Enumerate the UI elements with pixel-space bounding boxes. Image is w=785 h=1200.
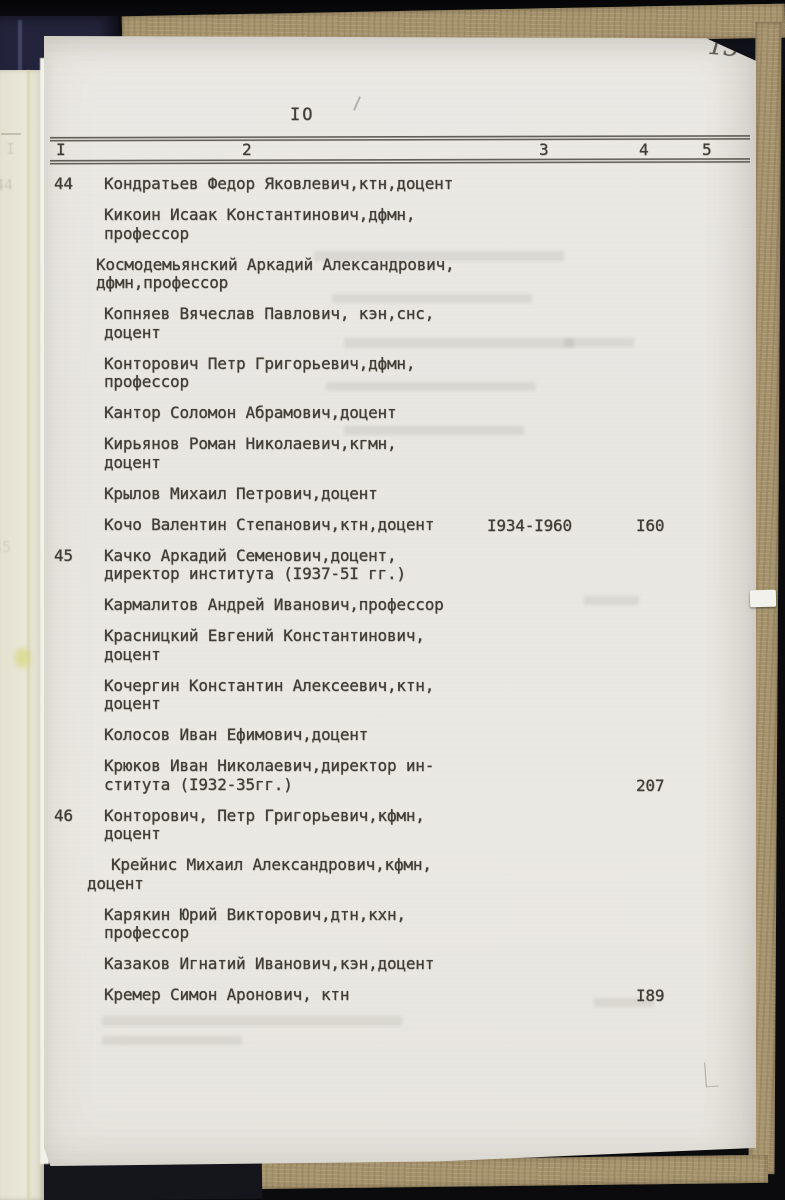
stray-pen-mark xyxy=(353,96,361,111)
showthrough-rule xyxy=(1,133,21,135)
bleed-through-smudge xyxy=(326,382,536,391)
person-line: Кирьянов Роман Николаевич,кгмн, xyxy=(104,435,749,454)
person-line: Крюков Иван Николаевич,директор ин- xyxy=(104,757,749,776)
person-item: Кирьянов Роман Николаевич,кгмн,доцент xyxy=(104,435,749,472)
entry: 44Кондратьев Федор Яковлевич,ктн,доцентК… xyxy=(54,175,749,534)
person-item: Кантор Соломон Абрамович,доцент xyxy=(104,404,749,423)
person-item: Кочо Валентин Степанович,ктн,доцентI934-… xyxy=(104,516,749,535)
bleed-through-smudge xyxy=(314,251,564,261)
person-item: Космодемьянский Аркадий Александрович,дф… xyxy=(104,256,749,293)
entry-items: Конторович, Петр Григорьевич,кфмн,доцент… xyxy=(104,807,749,1005)
person-item: Копняев Вячеслав Павлович, кэн,снс,доцен… xyxy=(104,305,749,342)
person-item: Кочергин Константин Алексеевич,ктн,доцен… xyxy=(104,677,749,714)
person-line: Конторович Петр Григорьевич,дфмн, xyxy=(104,355,749,374)
column-header: 3 xyxy=(539,141,548,160)
person-item: Крюков Иван Николаевич,директор ин-ститу… xyxy=(104,757,749,794)
person-item: Крылов Михаил Петрович,доцент xyxy=(104,485,749,504)
person-line: директор института (I937-5I гг.) xyxy=(104,565,749,584)
dates-value: I934-I960 xyxy=(487,517,572,536)
entry: 45Качко Аркадий Семенович,доцент,директо… xyxy=(54,547,749,795)
person-line: доцент xyxy=(104,695,749,714)
archival-scan-viewport: { "page": { "folio_handwritten": "13", "… xyxy=(0,0,785,1200)
person-line: профессор xyxy=(104,924,749,943)
entry-number: 45 xyxy=(54,547,73,566)
person-line: Кочергин Константин Алексеевич,ктн, xyxy=(104,677,749,696)
person-item: Качко Аркадий Семенович,доцент,директор … xyxy=(104,547,749,584)
person-item: Кармалитов Андрей Иванович,профессор xyxy=(104,596,749,615)
person-item: Карякин Юрий Викторович,дтн,кхн,профессо… xyxy=(104,906,749,943)
person-line: Колосов Иван Ефимович,доцент xyxy=(104,726,749,745)
bleed-through-smudge xyxy=(344,426,524,435)
file-number: 207 xyxy=(636,777,664,796)
bleed-through-smudge xyxy=(332,294,532,303)
table-rule-bottom xyxy=(50,158,750,165)
page-crease xyxy=(27,70,30,1200)
person-line: Копняев Вячеслав Павлович, кэн,снс, xyxy=(104,305,749,324)
person-item: Кондратьев Федор Яковлевич,ктн,доцент xyxy=(104,175,749,194)
person-item: Колосов Иван Ефимович,доцент xyxy=(104,726,749,745)
entry: 46Конторович, Петр Григорьевич,кфмн,доце… xyxy=(54,807,749,1005)
document-page: 13 IO I2345 44Кондратьев Федор Яковлевич… xyxy=(44,36,756,1166)
person-item: Кикоин Исаак Константинович,дфмн,професс… xyxy=(104,206,749,243)
person-item: Крейнис Михаил Александрович,кфмн,доцент xyxy=(104,856,749,893)
column-header: 5 xyxy=(702,141,711,160)
person-line: Крейнис Михаил Александрович,кфмн, xyxy=(111,856,749,875)
bookmark-tab xyxy=(750,590,776,607)
bleed-through-smudge xyxy=(594,998,654,1007)
person-line: доцент xyxy=(87,875,749,894)
person-item: Казаков Игнатий Иванович,кэн,доцент xyxy=(104,955,749,974)
column-header: 4 xyxy=(639,141,648,160)
person-line: Казаков Игнатий Иванович,кэн,доцент xyxy=(104,955,749,974)
person-line: Конторович, Петр Григорьевич,кфмн, xyxy=(104,807,749,826)
showthrough-mark: I xyxy=(6,140,15,158)
bleed-through-smudge xyxy=(102,1016,402,1026)
entry-items: Качко Аркадий Семенович,доцент,директор … xyxy=(104,547,749,795)
highlighter-smudge xyxy=(15,648,30,668)
bleed-through-smudge xyxy=(584,596,639,605)
person-line: профессор xyxy=(104,225,749,244)
person-line: Кикоин Исаак Константинович,дфмн, xyxy=(104,206,749,225)
person-line: Кондратьев Федор Яковлевич,ктн,доцент xyxy=(104,175,749,194)
showthrough-mark: 45 xyxy=(0,538,11,556)
pencil-corner-mark xyxy=(704,1062,719,1088)
column-header: 2 xyxy=(242,141,251,160)
person-line: Качко Аркадий Семенович,доцент, xyxy=(104,547,749,566)
person-line: Карякин Юрий Викторович,дтн,кхн, xyxy=(104,906,749,925)
person-line: Крылов Михаил Петрович,доцент xyxy=(104,485,749,504)
person-line: доцент xyxy=(104,646,749,665)
person-line: доцент xyxy=(104,454,749,473)
entry-number: 44 xyxy=(54,175,73,194)
entry-number: 46 xyxy=(54,807,73,826)
person-item: Конторович, Петр Григорьевич,кфмн,доцент xyxy=(104,807,749,844)
person-line: доцент xyxy=(104,825,749,844)
person-line: дфмн,профессор xyxy=(96,274,749,293)
file-number: I60 xyxy=(636,517,664,536)
person-line: Кантор Соломон Абрамович,доцент xyxy=(104,404,749,423)
showthrough-mark: 44 xyxy=(0,176,13,194)
column-header: I xyxy=(56,141,65,160)
bleed-through-smudge xyxy=(102,1036,242,1045)
person-line: Кармалитов Андрей Иванович,профессор xyxy=(104,596,749,615)
bleed-through-smudge xyxy=(564,338,634,347)
person-line: Красницкий Евгений Константинович, xyxy=(104,627,749,646)
previous-page-edge xyxy=(0,70,44,1200)
typed-page-number: IO xyxy=(290,106,314,125)
person-item: Красницкий Евгений Константинович,доцент xyxy=(104,627,749,664)
bleed-through-smudge xyxy=(344,338,574,348)
entry-items: Кондратьев Федор Яковлевич,ктн,доцентКик… xyxy=(104,175,749,534)
